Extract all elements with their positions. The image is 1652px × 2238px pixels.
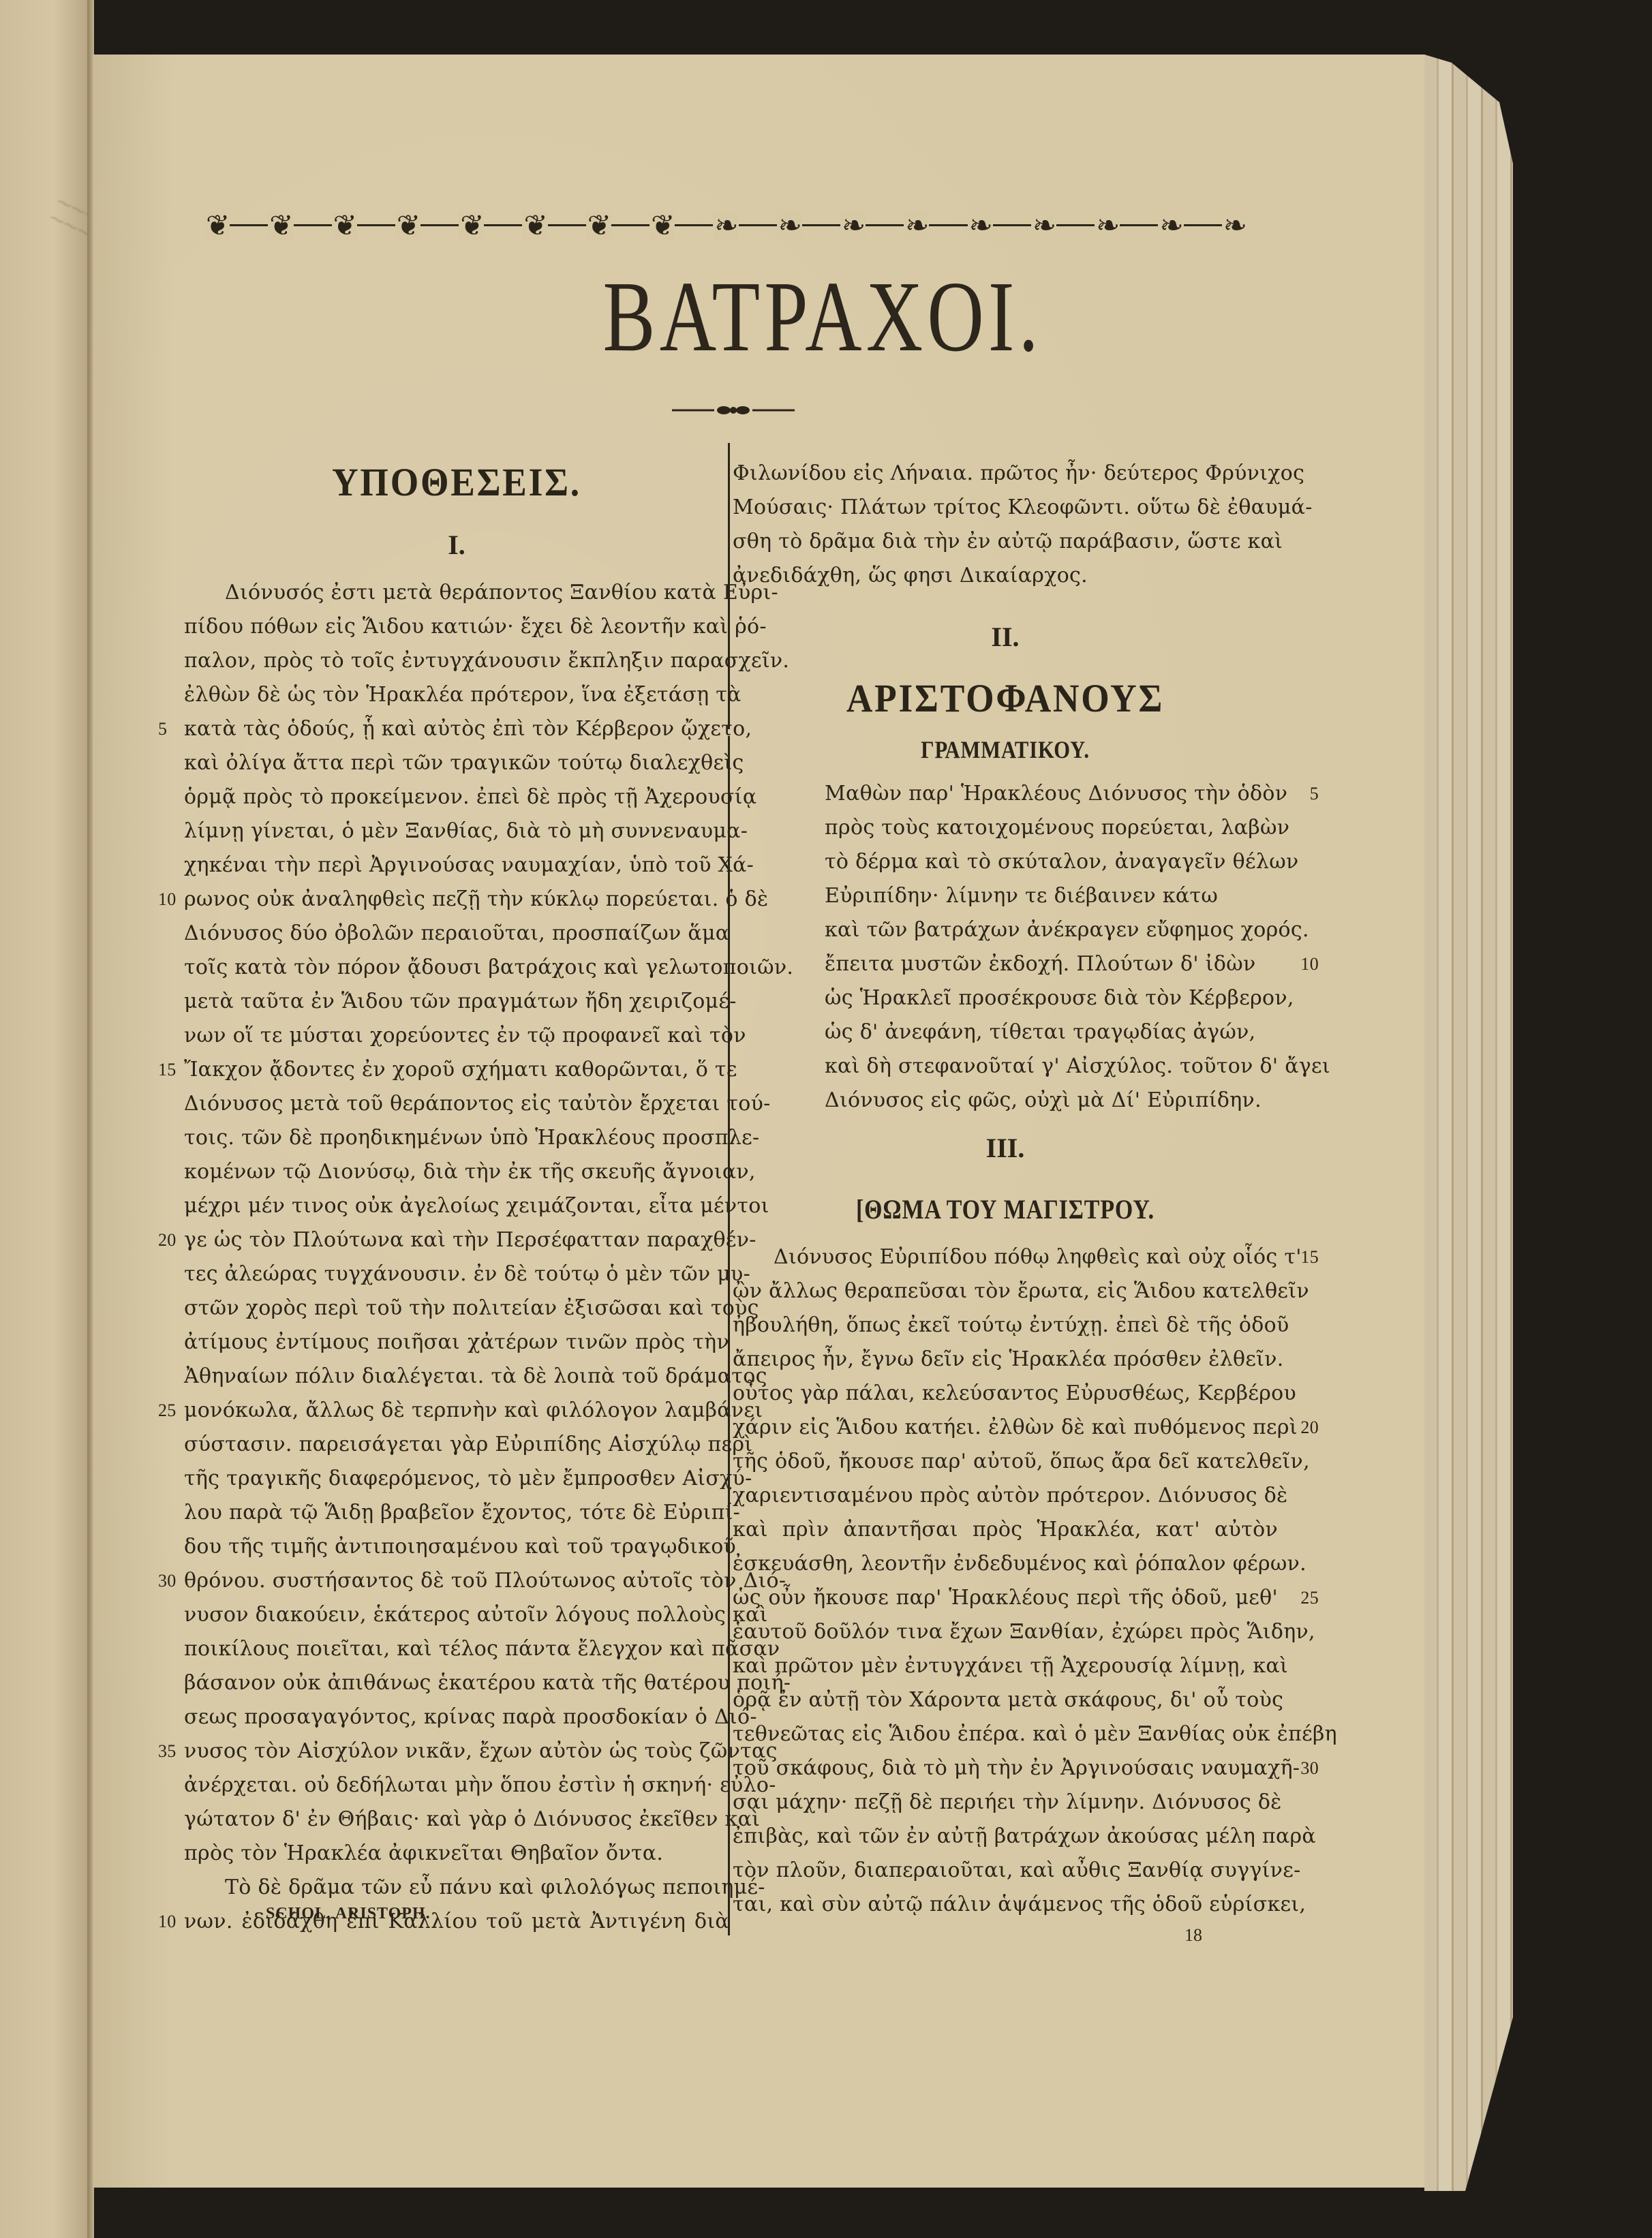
- line-text: στῶν χορὸς περὶ τοῦ τὴν πολιτείαν ἐξισῶσ…: [184, 1296, 759, 1320]
- line-text: γώτατον δ' ἐν Θήβαις· καὶ γὰρ ὁ Διόνυσος…: [184, 1807, 760, 1831]
- ornament-leaf-icon: ❦: [586, 211, 611, 240]
- line-text: καὶ ὀλίγα ἄττα περὶ τῶν τραγικῶν τούτῳ δ…: [184, 751, 744, 775]
- line-text: ρωνος οὐκ ἀναληφθεὶς πεζῇ τὴν κύκλῳ πορε…: [184, 887, 768, 911]
- text-line: κομένων τῷ Διονύσῳ, διὰ τὴν ἐκ τῆς σκευῆ…: [184, 1155, 729, 1189]
- text-line: ὡς Ἡρακλεῖ προσέκρουσε διὰ τὸν Κέρβερον,: [733, 981, 1278, 1015]
- text-line: Φιλωνίδου εἰς Λήναια. πρῶτος ἦν· δεύτερο…: [733, 457, 1278, 491]
- text-line: χηκέναι τὴν περὶ Ἀργινούσας ναυμαχίαν, ὑ…: [184, 848, 729, 883]
- line-number: 35: [158, 1734, 177, 1768]
- text-line: τῆς τραγικῆς διαφερόμενος, τὸ μὲν ἔμπροσ…: [184, 1462, 729, 1496]
- text-line: ἐπιβὰς, καὶ τῶν ἐν αὐτῇ βατράχων ἀκούσας…: [733, 1820, 1278, 1854]
- text-line: τοῦ σκάφους, διὰ τὸ μὴ τὴν ἐν Ἀργινούσαι…: [733, 1751, 1278, 1785]
- line-text: σύστασιν. παρεισάγεται γὰρ Εὐριπίδης Αἰσ…: [184, 1432, 752, 1456]
- text-line: τοῖς κατὰ τὸν πόρον ᾄδουσι βατράχοις καὶ…: [184, 951, 729, 985]
- right-intro-text: Φιλωνίδου εἰς Λήναια. πρῶτος ἦν· δεύτερο…: [733, 457, 1278, 593]
- ornament-scroll-icon: ❧: [840, 211, 866, 240]
- text-line: ὁρμᾷ πρὸς τὸ προκείμενον. ἐπεὶ δὲ πρὸς τ…: [184, 780, 729, 814]
- line-text: ται, καὶ σὺν αὐτῷ πάλιν ἁψάμενος τῆς ὁδο…: [733, 1892, 1306, 1916]
- line-text: ἐλθὼν δὲ ὡς τὸν Ἡρακλέα πρότερον, ἵνα ἐξ…: [184, 683, 741, 707]
- text-line: ἐλθὼν δὲ ὡς τὸν Ἡρακλέα πρότερον, ἵνα ἐξ…: [184, 678, 729, 712]
- line-number: 10: [158, 883, 177, 917]
- text-line: ἑαυτοῦ δοῦλόν τινα ἔχων Ξανθίαν, ἐχώρει …: [733, 1615, 1278, 1649]
- text-line: Διόνυσός ἐστι μετὰ θεράποντος Ξανθίου κα…: [184, 576, 729, 610]
- text-line: καὶ πρὶν ἀπαντῆσαι πρὸς Ἡρακλέα, κατ' αὐ…: [733, 1513, 1278, 1547]
- page-title: BATPAXOI.: [179, 259, 1467, 375]
- line-text: νυσος τὸν Αἰσχύλον νικᾶν, ἔχων αὐτὸν ὡς …: [184, 1739, 778, 1763]
- text-line: παλον, πρὸς τὸ τοῖς ἐντυγχάνουσιν ἔκπληξ…: [184, 644, 729, 678]
- line-text: καὶ τῶν βατράχων ἀνέκραγεν εὔφημος χορός…: [825, 918, 1309, 942]
- ornament-scroll-icon: ❧: [1095, 211, 1120, 240]
- line-text: ἄπειρος ἦν, ἔγνω δεῖν εἰς Ἡρακλέα πρόσθε…: [733, 1347, 1284, 1371]
- line-text: Εὐριπίδην· λίμνην τε διέβαινεν κάτω: [825, 884, 1218, 908]
- line-text: οὗτος γὰρ πάλαι, κελεύσαντος Εὐρυσθέως, …: [733, 1381, 1296, 1405]
- line-text: τες ἀλεώρας τυγχάνουσιν. ἐν δὲ τούτῳ ὁ μ…: [184, 1262, 750, 1286]
- folio-number: 18: [1184, 1925, 1202, 1946]
- text-line: νων οἵ τε μύσται χορεύοντες ἐν τῷ προφαν…: [184, 1019, 729, 1053]
- line-text: Διόνυσος δύο ὀβολῶν περαιοῦται, προσπαίζ…: [184, 921, 729, 945]
- line-number: 30: [158, 1564, 177, 1598]
- text-line: δου τῆς τιμῆς ἀντιποιησαμένου καὶ τοῦ τρ…: [184, 1530, 729, 1564]
- line-text: μέχρι μέν τινος οὐκ ἀγελοίως χειμάζονται…: [184, 1194, 769, 1218]
- line-text: χάριν εἰς Ἅιδου κατήει. ἐλθὼν δὲ καὶ πυθ…: [733, 1415, 1298, 1439]
- text-line: βάσανον οὐκ ἀπιθάνως ἑκατέρου κατὰ τῆς θ…: [184, 1666, 729, 1700]
- text-line: Ἴακχον ᾄδοντες ἐν χοροῦ σχήματι καθορῶντ…: [184, 1053, 729, 1087]
- text-line: Μούσαις· Πλάτων τρίτος Κλεοφῶντι. οὕτω δ…: [733, 491, 1278, 525]
- line-text: ὡς οὖν ἤκουσε παρ' Ἡρακλέους περὶ τῆς ὁδ…: [733, 1586, 1278, 1610]
- flourish-divider-icon: [672, 403, 795, 417]
- section-number-2: II.: [733, 600, 1278, 675]
- verse-argument: Μαθὼν παρ' Ἡρακλέους Διόνυσος τὴν ὁδὸν5π…: [733, 777, 1278, 1118]
- text-line: μετὰ ταῦτα ἐν Ἅιδου τῶν πραγμάτων ἤδη χε…: [184, 985, 729, 1019]
- line-text: ἐπιβὰς, καὶ τῶν ἐν αὐτῇ βατράχων ἀκούσας…: [733, 1824, 1316, 1848]
- text-line: τῆς ὁδοῦ, ἤκουσε παρ' αὐτοῦ, ὅπως ἄρα δε…: [733, 1445, 1278, 1479]
- text-line: ρωνος οὐκ ἀναληφθεὶς πεζῇ τὴν κύκλῳ πορε…: [184, 883, 729, 917]
- text-line: λίμνῃ γίνεται, ὁ μὲν Ξανθίας, διὰ τὸ μὴ …: [184, 814, 729, 848]
- line-text: θρόνου. συστήσαντος δὲ τοῦ Πλούτωνος αὐτ…: [184, 1569, 786, 1593]
- ornament-scroll-icon: ❧: [777, 211, 802, 240]
- ornament-scroll-icon: ❧: [1222, 211, 1247, 240]
- ornament-leaf-icon: ❦: [395, 211, 420, 240]
- ornament-scroll-icon: ❧: [1031, 211, 1056, 240]
- line-number: 25: [1300, 1581, 1319, 1615]
- line-number: 5: [1310, 777, 1319, 811]
- text-line: μέχρι μέν τινος οὐκ ἀγελοίως χειμάζονται…: [184, 1189, 729, 1223]
- text-line: σαι μάχην· πεζῇ δὲ περιήει τὴν λίμνην. Δ…: [733, 1785, 1278, 1820]
- line-number: 15: [158, 1053, 177, 1087]
- line-text: πρὸς τὸν Ἡρακλέα ἀφικνεῖται Θηβαῖον ὄντα…: [184, 1841, 663, 1865]
- ornament-leaf-icon: ❦: [649, 211, 675, 240]
- line-text: τοις. τῶν δὲ προηδικημένων ὑπὸ Ἡρακλέους…: [184, 1126, 759, 1150]
- line-text: τοῖς κατὰ τὸν πόρον ᾄδουσι βατράχοις καὶ…: [184, 955, 793, 979]
- line-text: Τὸ δὲ δρᾶμα τῶν εὖ πάνυ καὶ φιλολόγως πε…: [225, 1875, 765, 1899]
- text-line: ὡς δ' ἀνεφάνη, τίθεται τραγῳδίας ἀγών,: [733, 1015, 1278, 1049]
- text-line: πίδου πόθων εἰς Ἅιδου κατιών· ἔχει δὲ λε…: [184, 610, 729, 644]
- line-number: 20: [1300, 1411, 1319, 1445]
- line-text: καὶ πρὶν ἀπαντῆσαι πρὸς Ἡρακλέα, κατ' αὐ…: [733, 1518, 1278, 1542]
- line-text: βάσανον οὐκ ἀπιθάνως ἑκατέρου κατὰ τῆς θ…: [184, 1671, 791, 1695]
- line-text: μονόκωλα, ἄλλως δὲ τερπνὴν καὶ φιλόλογον…: [184, 1398, 763, 1422]
- text-line: Διόνυσος Εὐριπίδου πόθῳ ληφθεὶς καὶ οὐχ …: [733, 1240, 1278, 1274]
- text-line: θρόνου. συστήσαντος δὲ τοῦ Πλούτωνος αὐτ…: [184, 1564, 729, 1598]
- line-text: πρὸς τοὺς κατοιχομένους πορεύεται, λαβὼν: [825, 816, 1289, 840]
- text-line: Διόνυσος δύο ὀβολῶν περαιοῦται, προσπαίζ…: [184, 917, 729, 951]
- text-line: ἀτίμους ἐντίμους ποιῆσαι χἀτέρων τινῶν π…: [184, 1325, 729, 1360]
- text-line: χαριεντισαμένου πρὸς αὐτὸν πρότερον. Διό…: [733, 1479, 1278, 1513]
- heading-hypotheseis: ΥΠΟΘΕΣΕΙΣ.: [206, 450, 707, 515]
- ornament-scroll-icon: ❧: [904, 211, 929, 240]
- line-text: Μούσαις· Πλάτων τρίτος Κλεοφῶντι. οὕτω δ…: [733, 495, 1313, 519]
- line-text: ἀνέρχεται. οὐ δεδήλωται μὴν ὅπου ἐστὶν ἡ…: [184, 1773, 776, 1797]
- line-text: Διόνυσος Εὐριπίδου πόθῳ ληφθεὶς καὶ οὐχ …: [774, 1245, 1302, 1269]
- line-text: μετὰ ταῦτα ἐν Ἅιδου τῶν πραγμάτων ἤδη χε…: [184, 990, 737, 1013]
- text-line: ται, καὶ σὺν αὐτῷ πάλιν ἁψάμενος τῆς ὁδο…: [733, 1888, 1278, 1922]
- line-text: τεθνεῶτας εἰς Ἅιδου ἐπέρα. καὶ ὁ μὲν Ξαν…: [733, 1722, 1337, 1746]
- line-text: τοῦ σκάφους, διὰ τὸ μὴ τὴν ἐν Ἀργινούσαι…: [733, 1756, 1300, 1780]
- line-number: 5: [158, 712, 167, 746]
- line-text: ἐσκευάσθη, λεοντῆν ἐνδεδυμένος καὶ ῥόπαλ…: [733, 1552, 1306, 1576]
- text-line: ὁρᾷ ἐν αὐτῇ τὸν Χάροντα μετὰ σκάφους, δι…: [733, 1683, 1278, 1717]
- ornament-scroll-icon: ❧: [713, 211, 738, 240]
- text-line: Διόνυσος εἰς φῶς, οὐχὶ μὰ Δί' Εὐριπίδην.: [733, 1084, 1278, 1118]
- decorative-ornament-band: ❦❦❦❦❦❦❦❦❧❧❧❧❧❧❧❧❧: [204, 204, 1247, 247]
- text-line: τες ἀλεώρας τυγχάνουσιν. ἐν δὲ τούτῳ ὁ μ…: [184, 1257, 729, 1291]
- line-text: ποικίλους ποιεῖται, καὶ τέλος πάντα ἔλεγ…: [184, 1637, 780, 1661]
- facing-page-edge: ⁓⁓⁓ ⁓⁓ ⁓⁓⁓: [0, 0, 89, 2238]
- left-column-text: Διόνυσός ἐστι μετὰ θεράποντος Ξανθίου κα…: [184, 576, 729, 1939]
- line-text: κομένων τῷ Διονύσῳ, διὰ τὴν ἐκ τῆς σκευῆ…: [184, 1160, 756, 1184]
- line-text: τῆς ὁδοῦ, ἤκουσε παρ' αὐτοῦ, ὅπως ἄρα δε…: [733, 1450, 1310, 1473]
- text-line: σύστασιν. παρεισάγεται γὰρ Εὐριπίδης Αἰσ…: [184, 1428, 729, 1462]
- text-line: καὶ πρῶτον μὲν ἐντυγχάνει τῇ Ἀχερουσίᾳ λ…: [733, 1649, 1278, 1683]
- left-column: ΥΠΟΘΕΣΕΙΣ. I. Διόνυσός ἐστι μετὰ θεράπον…: [184, 450, 729, 1939]
- line-text: τὸ δέρμα καὶ τὸ σκύταλον, ἀναγαγεῖν θέλω…: [825, 850, 1299, 874]
- signature-mark: SCHOL. ARISTOPH.: [266, 1905, 431, 1923]
- line-number: 30: [1300, 1751, 1319, 1785]
- line-text: κατὰ τὰς ὁδούς, ᾗ καὶ αὐτὸς ἐπὶ τὸν Κέρβ…: [184, 717, 752, 741]
- right-column: Φιλωνίδου εἰς Λήναια. πρῶτος ἦν· δεύτερο…: [733, 450, 1278, 1922]
- text-line: νυσος τὸν Αἰσχύλον νικᾶν, ἔχων αὐτὸν ὡς …: [184, 1734, 729, 1768]
- line-text: Διόνυσός ἐστι μετὰ θεράποντος Ξανθίου κα…: [225, 581, 778, 604]
- line-number: 20: [158, 1223, 177, 1257]
- line-text: ἔπειτα μυστῶν ἐκδοχή. Πλούτων δ' ἰδὼν: [825, 952, 1256, 976]
- text-line: ἀνέρχεται. οὐ δεδήλωται μὴν ὅπου ἐστὶν ἡ…: [184, 1768, 729, 1803]
- text-line: ποικίλους ποιεῖται, καὶ τέλος πάντα ἔλεγ…: [184, 1632, 729, 1666]
- text-line: Τὸ δὲ δρᾶμα τῶν εὖ πάνυ καὶ φιλολόγως πε…: [184, 1871, 729, 1905]
- ornament-leaf-icon: ❦: [332, 211, 357, 240]
- text-line: ἄπειρος ἦν, ἔγνω δεῖν εἰς Ἡρακλέα πρόσθε…: [733, 1343, 1278, 1377]
- text-line: ἠβουλήθη, ὅπως ἐκεῖ τούτῳ ἐντύχῃ. ἐπεὶ δ…: [733, 1308, 1278, 1343]
- line-text: Φιλωνίδου εἰς Λήναια. πρῶτος ἦν· δεύτερο…: [733, 461, 1304, 485]
- text-line: Διόνυσος μετὰ τοῦ θεράποντος εἰς ταὐτὸν …: [184, 1087, 729, 1121]
- text-line: λου παρὰ τῷ Ἅιδῃ βραβεῖον ἔχοντος, τότε …: [184, 1496, 729, 1530]
- line-text: Διόνυσος μετὰ τοῦ θεράποντος εἰς ταὐτὸν …: [184, 1092, 771, 1116]
- line-text: Μαθὼν παρ' Ἡρακλέους Διόνυσος τὴν ὁδὸν: [825, 782, 1287, 806]
- text-line: γώτατον δ' ἐν Θήβαις· καὶ γὰρ ὁ Διόνυσος…: [184, 1803, 729, 1837]
- line-text: χηκέναι τὴν περὶ Ἀργινούσας ναυμαχίαν, ὑ…: [184, 853, 754, 877]
- line-text: γε ὡς τὸν Πλούτωνα καὶ τὴν Περσέφατταν π…: [184, 1228, 756, 1252]
- ornament-leaf-icon: ❦: [268, 211, 293, 240]
- text-line: ἐσκευάσθη, λεοντῆν ἐνδεδυμένος καὶ ῥόπαλ…: [733, 1547, 1278, 1581]
- text-line: σθη τὸ δρᾶμα διὰ τὴν ἐν αὐτῷ παράβασιν, …: [733, 525, 1278, 559]
- text-line: Εὐριπίδην· λίμνην τε διέβαινεν κάτω: [733, 879, 1278, 913]
- line-text: σαι μάχην· πεζῇ δὲ περιήει τὴν λίμνην. Δ…: [733, 1790, 1282, 1814]
- ornament-scroll-icon: ❧: [968, 211, 993, 240]
- text-line: τὸ δέρμα καὶ τὸ σκύταλον, ἀναγαγεῖν θέλω…: [733, 845, 1278, 879]
- line-text: τὸν πλοῦν, διαπεραιοῦται, καὶ αὖθις Ξανθ…: [733, 1858, 1301, 1882]
- heading-grammatikou: ΓΡΑΜΜΑΤΙΚΟΥ.: [774, 722, 1237, 777]
- section-3-text: Διόνυσος Εὐριπίδου πόθῳ ληφθεὶς καὶ οὐχ …: [733, 1240, 1278, 1922]
- line-text: καὶ δὴ στεφανοῦταί γ' Αἰσχύλος. τοῦτον δ…: [825, 1054, 1330, 1078]
- line-text: δου τῆς τιμῆς ἀντιποιησαμένου καὶ τοῦ τρ…: [184, 1535, 736, 1559]
- heading-aristophanous: ΑΡΙΣΤΟΦΑΝΟΥΣ: [754, 675, 1256, 722]
- line-text: ὁρᾷ ἐν αὐτῇ τὸν Χάροντα μετὰ σκάφους, δι…: [733, 1688, 1283, 1712]
- text-line: Μαθὼν παρ' Ἡρακλέους Διόνυσος τὴν ὁδὸν5: [733, 777, 1278, 811]
- line-text: Ἀθηναίων πόλιν διαλέγεται. τὰ δὲ λοιπὰ τ…: [184, 1364, 767, 1388]
- text-line: ὡς οὖν ἤκουσε παρ' Ἡρακλέους περὶ τῆς ὁδ…: [733, 1581, 1278, 1615]
- text-line: καὶ δὴ στεφανοῦταί γ' Αἰσχύλος. τοῦτον δ…: [733, 1049, 1278, 1084]
- line-text: νων οἵ τε μύσται χορεύοντες ἐν τῷ προφαν…: [184, 1024, 746, 1047]
- ornament-leaf-icon: ❦: [204, 211, 230, 240]
- line-text: ὢν ἄλλως θεραπεῦσαι τὸν ἔρωτα, εἰς Ἅιδου…: [733, 1279, 1309, 1303]
- ornament-leaf-icon: ❦: [522, 211, 547, 240]
- text-line: ἀνεδιδάχθη, ὥς φησι Δικαίαρχος.: [733, 559, 1278, 593]
- text-line: σεως προσαγαγόντος, κρίνας παρὰ προσδοκί…: [184, 1700, 729, 1734]
- text-line: τὸν πλοῦν, διαπεραιοῦται, καὶ αὖθις Ξανθ…: [733, 1854, 1278, 1888]
- line-text: νυσον διακούειν, ἑκάτερος αὐτοῖν λόγους …: [184, 1603, 768, 1627]
- line-text: παλον, πρὸς τὸ τοῖς ἐντυγχάνουσιν ἔκπληξ…: [184, 649, 789, 673]
- text-line: μονόκωλα, ἄλλως δὲ τερπνὴν καὶ φιλόλογον…: [184, 1394, 729, 1428]
- text-line: καὶ ὀλίγα ἄττα περὶ τῶν τραγικῶν τούτῳ δ…: [184, 746, 729, 780]
- line-text: Ἴακχον ᾄδοντες ἐν χοροῦ σχήματι καθορῶντ…: [184, 1058, 737, 1082]
- text-line: καὶ τῶν βατράχων ἀνέκραγεν εὔφημος χορός…: [733, 913, 1278, 947]
- line-text: τῆς τραγικῆς διαφερόμενος, τὸ μὲν ἔμπροσ…: [184, 1467, 752, 1490]
- ornament-scroll-icon: ❧: [1158, 211, 1183, 240]
- line-text: ὡς Ἡρακλεῖ προσέκρουσε διὰ τὸν Κέρβερον,: [825, 986, 1294, 1010]
- ornament-leaf-icon: ❦: [459, 211, 484, 240]
- line-number: 10: [158, 1905, 177, 1939]
- text-line: πρὸς τοὺς κατοιχομένους πορεύεται, λαβὼν: [733, 811, 1278, 845]
- heading-thoma-magistrou: [ΘΩΜΑ ΤΟΥ ΜΑΓΙΣΤΡΟΥ.: [774, 1179, 1237, 1240]
- text-line: τοις. τῶν δὲ προηδικημένων ὑπὸ Ἡρακλέους…: [184, 1121, 729, 1155]
- text-line: χάριν εἰς Ἅιδου κατήει. ἐλθὼν δὲ καὶ πυθ…: [733, 1411, 1278, 1445]
- line-text: Διόνυσος εἰς φῶς, οὐχὶ μὰ Δί' Εὐριπίδην.: [825, 1088, 1261, 1112]
- section-number-1: I.: [184, 515, 729, 576]
- text-line: στῶν χορὸς περὶ τοῦ τὴν πολιτείαν ἐξισῶσ…: [184, 1291, 729, 1325]
- text-line: Ἀθηναίων πόλιν διαλέγεται. τὰ δὲ λοιπὰ τ…: [184, 1360, 729, 1394]
- line-text: ὁρμᾷ πρὸς τὸ προκείμενον. ἐπεὶ δὲ πρὸς τ…: [184, 785, 756, 809]
- line-text: ἠβουλήθη, ὅπως ἐκεῖ τούτῳ ἐντύχῃ. ἐπεὶ δ…: [733, 1313, 1289, 1337]
- line-number: 10: [1300, 947, 1319, 981]
- text-line: γε ὡς τὸν Πλούτωνα καὶ τὴν Περσέφατταν π…: [184, 1223, 729, 1257]
- text-line: τεθνεῶτας εἰς Ἅιδου ἐπέρα. καὶ ὁ μὲν Ξαν…: [733, 1717, 1278, 1751]
- section-number-3: III.: [733, 1118, 1278, 1179]
- line-text: χαριεντισαμένου πρὸς αὐτὸν πρότερον. Διό…: [733, 1484, 1287, 1507]
- line-text: σθη τὸ δρᾶμα διὰ τὴν ἐν αὐτῷ παράβασιν, …: [733, 530, 1283, 553]
- text-line: πρὸς τὸν Ἡρακλέα ἀφικνεῖται Θηβαῖον ὄντα…: [184, 1837, 729, 1871]
- text-line: ἔπειτα μυστῶν ἐκδοχή. Πλούτων δ' ἰδὼν10: [733, 947, 1278, 981]
- line-text: λου παρὰ τῷ Ἅιδῃ βραβεῖον ἔχοντος, τότε …: [184, 1501, 740, 1524]
- line-number: 15: [1300, 1240, 1319, 1274]
- line-text: πίδου πόθων εἰς Ἅιδου κατιών· ἔχει δὲ λε…: [184, 615, 767, 639]
- line-text: λίμνῃ γίνεται, ὁ μὲν Ξανθίας, διὰ τὸ μὴ …: [184, 819, 748, 843]
- text-line: ὢν ἄλλως θεραπεῦσαι τὸν ἔρωτα, εἰς Ἅιδου…: [733, 1274, 1278, 1308]
- line-text: ἀνεδιδάχθη, ὥς φησι Δικαίαρχος.: [733, 564, 1088, 587]
- text-line: οὗτος γὰρ πάλαι, κελεύσαντος Εὐρυσθέως, …: [733, 1377, 1278, 1411]
- line-text: σεως προσαγαγόντος, κρίνας παρὰ προσδοκί…: [184, 1705, 757, 1729]
- line-text: ἀτίμους ἐντίμους ποιῆσαι χἀτέρων τινῶν π…: [184, 1330, 729, 1354]
- line-text: ἑαυτοῦ δοῦλόν τινα ἔχων Ξανθίαν, ἐχώρει …: [733, 1620, 1315, 1644]
- text-line: νυσον διακούειν, ἑκάτερος αὐτοῖν λόγους …: [184, 1598, 729, 1632]
- text-line: κατὰ τὰς ὁδούς, ᾗ καὶ αὐτὸς ἐπὶ τὸν Κέρβ…: [184, 712, 729, 746]
- line-number: 25: [158, 1394, 177, 1428]
- page-stack-edges: [1424, 55, 1513, 2191]
- line-text: ὡς δ' ἀνεφάνη, τίθεται τραγῳδίας ἀγών,: [825, 1020, 1255, 1044]
- line-text: καὶ πρῶτον μὲν ἐντυγχάνει τῇ Ἀχερουσίᾳ λ…: [733, 1654, 1288, 1678]
